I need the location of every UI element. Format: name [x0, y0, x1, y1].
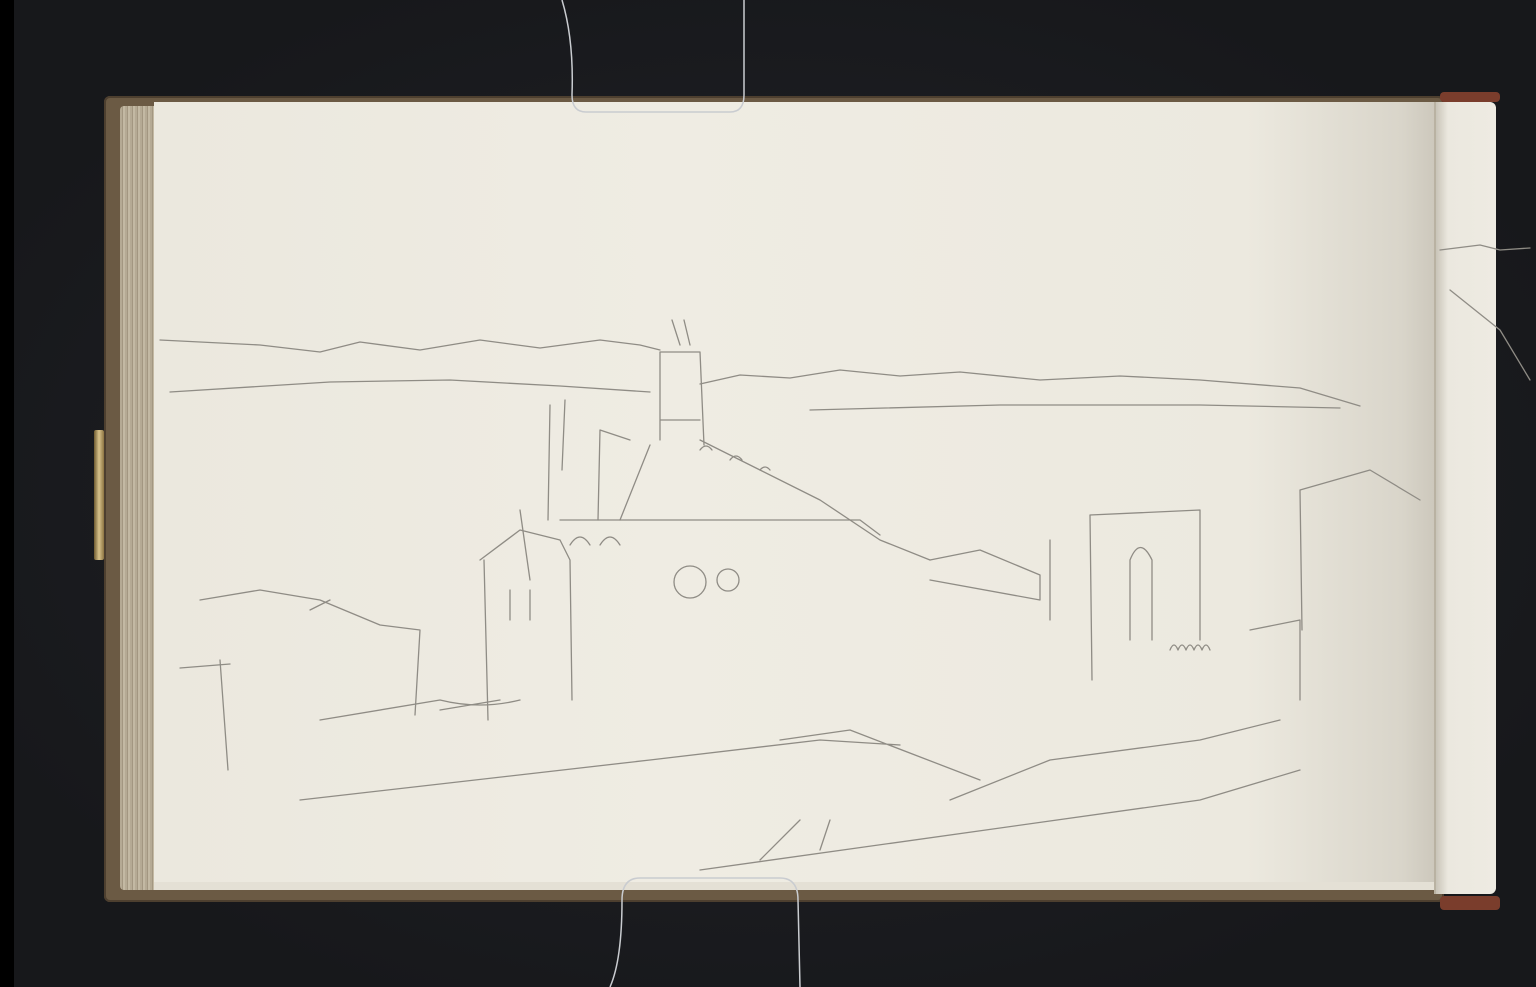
- wire-holder-bottom: [600, 860, 820, 987]
- wire-holder-top: [560, 0, 760, 120]
- pencil-drawing: [0, 0, 1536, 987]
